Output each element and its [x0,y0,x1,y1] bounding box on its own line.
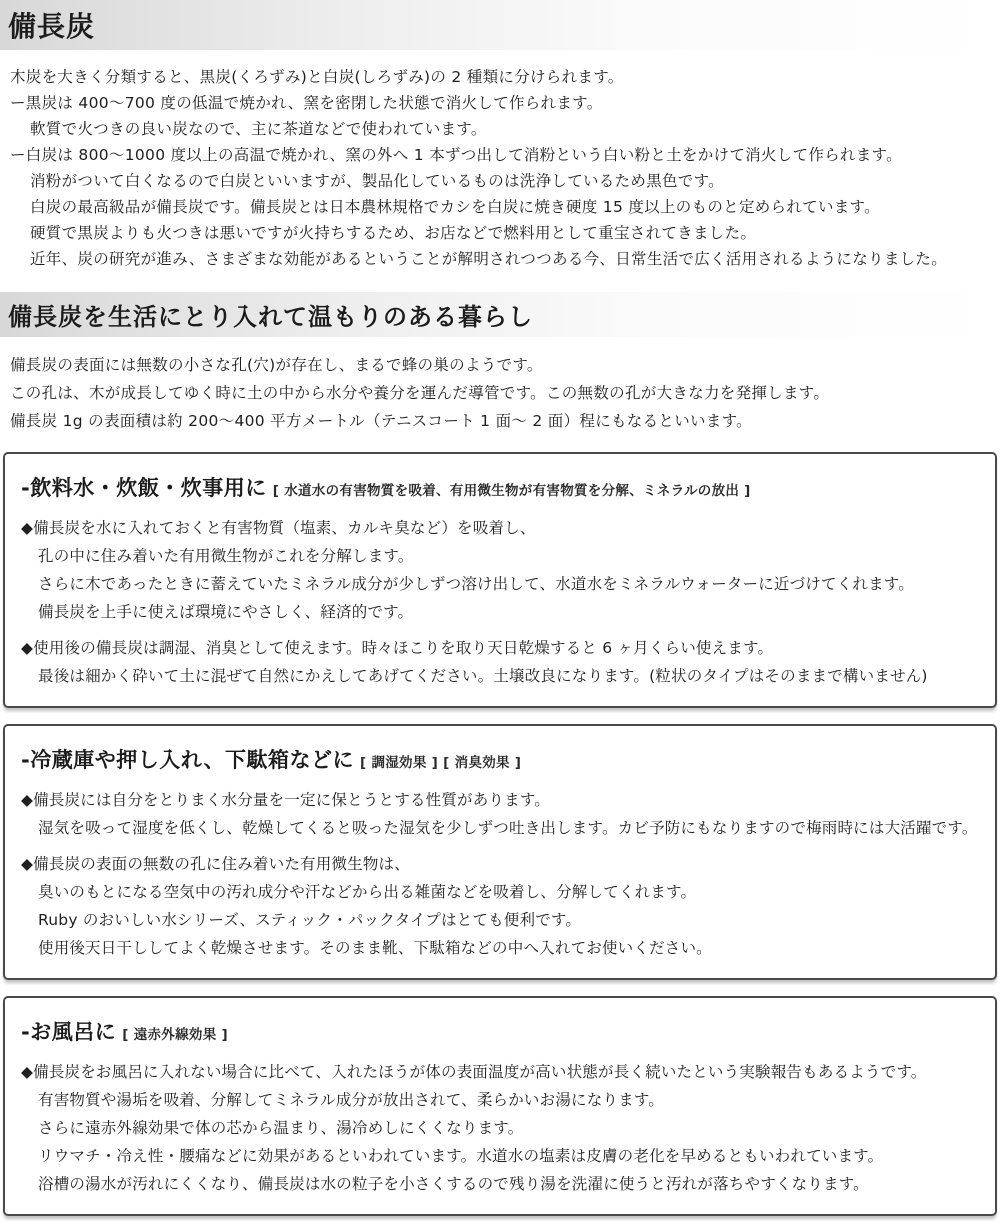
text-line: 備長炭を上手に使えば環境にやさしく、経済的です。 [21,598,983,626]
text-line: さらに遠赤外線効果で体の芯から温まり、湯冷めしにくくなります。 [21,1114,983,1142]
bullet-group: ◆備長炭をお風呂に入れない場合に比べて、入れたほうが体の表面温度が高い状態が長く… [21,1058,983,1198]
lifestyle-title-bar: 備長炭を生活にとり入れて温もりのある暮らし [0,292,1000,337]
main-title-bar: 備長炭 [0,0,1000,50]
intro-paragraph: 木炭を大きく分類すると、黒炭(くろずみ)と白炭(しろずみ)の 2 種類に分けられ… [10,64,1000,272]
box-title: -飲料水・炊飯・炊事用に [21,476,267,500]
text-line: ー黒炭は 400～700 度の低温で焼かれ、窯を密閉した状態で消火して作られます… [10,90,1000,116]
usage-box-drinking-water: -飲料水・炊飯・炊事用に[ 水道水の有害物質を吸着、有用微生物が有害物質を分解、… [3,452,997,708]
text-line: 有害物質や湯垢を吸着、分解してミネラル成分が放出されて、柔らかいお湯になります。 [21,1086,983,1114]
usage-box-closet: -冷蔵庫や押し入れ、下駄箱などに[ 調湿効果 ] [ 消臭効果 ] ◆備長炭には… [3,724,997,980]
text-line: さらに木であったときに蓄えていたミネラル成分が少しずつ溶け出して、水道水をミネラ… [21,570,983,598]
text-line: 備長炭 1g の表面積は約 200～400 平方メートル（テニスコート 1 面～… [10,407,1000,435]
text-line: 最後は細かく砕いて土に混ぜて自然にかえしてあげてください。土壌改良になります。(… [21,662,983,690]
text-line: 孔の中に住み着いた有用微生物がこれを分解します。 [21,542,983,570]
box-header: -飲料水・炊飯・炊事用に[ 水道水の有害物質を吸着、有用微生物が有害物質を分解、… [21,472,983,502]
text-line: ◆備長炭には自分をとりまく水分量を一定に保とうとする性質があります。 [21,786,983,814]
main-title: 備長炭 [8,5,1000,45]
box-subtitle: [ 水道水の有害物質を吸着、有用微生物が有害物質を分解、ミネラルの放出 ] [273,483,751,499]
box-header: -お風呂に[ 遠赤外線効果 ] [21,1016,983,1046]
text-line: 消粉がついて白くなるので白炭といいますが、製品化しているものは洗浄しているため黒… [10,168,1000,194]
document-page: 備長炭 木炭を大きく分類すると、黒炭(くろずみ)と白炭(しろずみ)の 2 種類に… [0,0,1000,1224]
text-line: ◆備長炭の表面の無数の孔に住み着いた有用微生物は、 [21,850,983,878]
text-line: ◆備長炭を水に入れておくと有害物質（塩素、カルキ臭など）を吸着し、 [21,514,983,542]
text-line: 臭いのもとになる空気中の汚れ成分や汗などから出る雑菌などを吸着し、分解してくれま… [21,878,983,906]
lifestyle-paragraph: 備長炭の表面には無数の小さな孔(穴)が存在し、まるで蜂の巣のようです。 この孔は… [10,351,1000,435]
text-line: リウマチ・冷え性・腰痛などに効果があるといわれています。水道水の塩素は皮膚の老化… [21,1142,983,1170]
usage-box-bath: -お風呂に[ 遠赤外線効果 ] ◆備長炭をお風呂に入れない場合に比べて、入れたほ… [3,996,997,1216]
text-line: 硬質で黒炭よりも火つきは悪いですが火持ちするため、お店などで燃料用として重宝され… [10,220,1000,246]
text-line: 白炭の最高級品が備長炭です。備長炭とは日本農林規格でカシを白炭に焼き硬度 15 … [10,194,1000,220]
text-line: ◆備長炭をお風呂に入れない場合に比べて、入れたほうが体の表面温度が高い状態が長く… [21,1058,983,1086]
box-title: -お風呂に [21,1020,116,1044]
box-header: -冷蔵庫や押し入れ、下駄箱などに[ 調湿効果 ] [ 消臭効果 ] [21,744,983,774]
box-title: -冷蔵庫や押し入れ、下駄箱などに [21,748,354,772]
box-subtitle: [ 遠赤外線効果 ] [122,1027,228,1043]
text-line: 使用後天日干ししてよく乾燥させます。そのまま靴、下駄箱などの中へ入れてお使いくだ… [21,934,983,962]
text-line: 湿気を吸って湿度を低くし、乾燥してくると吸った湿気を少しずつ吐き出します。カビ予… [21,814,983,842]
text-line: この孔は、木が成長してゆく時に土の中から水分や養分を運んだ導管です。この無数の孔… [10,379,1000,407]
bullet-group: ◆使用後の備長炭は調湿、消臭として使えます。時々ほこりを取り天日乾燥すると 6 … [21,634,983,690]
lifestyle-title: 備長炭を生活にとり入れて温もりのある暮らし [8,297,1000,332]
text-line: ー白炭は 800～1000 度以上の高温で焼かれ、窯の外へ 1 本ずつ出して消粉… [10,142,1000,168]
text-line: 浴槽の湯水が汚れにくくなり、備長炭は水の粒子を小さくするので残り湯を洗濯に使うと… [21,1170,983,1198]
bullet-group: ◆備長炭には自分をとりまく水分量を一定に保とうとする性質があります。 湿気を吸っ… [21,786,983,842]
text-line: 備長炭の表面には無数の小さな孔(穴)が存在し、まるで蜂の巣のようです。 [10,351,1000,379]
bullet-group: ◆備長炭を水に入れておくと有害物質（塩素、カルキ臭など）を吸着し、 孔の中に住み… [21,514,983,626]
text-line: ◆使用後の備長炭は調湿、消臭として使えます。時々ほこりを取り天日乾燥すると 6 … [21,634,983,662]
text-line: Ruby のおいしい水シリーズ、スティック・パックタイプはとても便利です。 [21,906,983,934]
text-line: 近年、炭の研究が進み、さまざまな効能があるということが解明されつつある今、日常生… [10,246,1000,272]
bullet-group: ◆備長炭の表面の無数の孔に住み着いた有用微生物は、 臭いのもとになる空気中の汚れ… [21,850,983,962]
text-line: 木炭を大きく分類すると、黒炭(くろずみ)と白炭(しろずみ)の 2 種類に分けられ… [10,64,1000,90]
text-line: 軟質で火つきの良い炭なので、主に茶道などで使われています。 [10,116,1000,142]
box-subtitle: [ 調湿効果 ] [ 消臭効果 ] [360,755,521,771]
